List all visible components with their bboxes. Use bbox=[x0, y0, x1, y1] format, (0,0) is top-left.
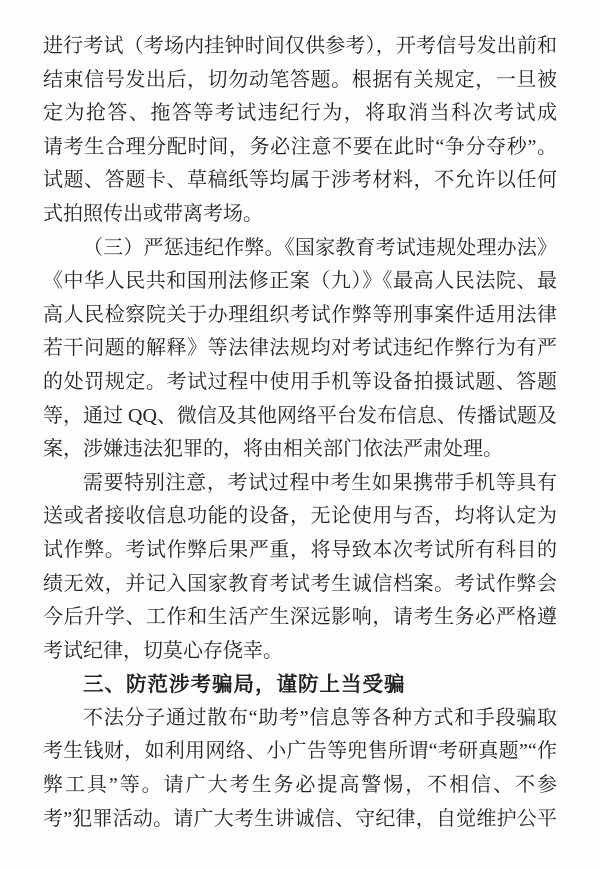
section-heading: 三、防范涉考骗局，谨防上当受骗 bbox=[43, 668, 557, 702]
text-line: 绩无效，并记入国家教育考试考生诚信档案。考试作弊会对 bbox=[43, 568, 557, 602]
text-line: 结束信号发出后，切勿动笔答题。根据有关规定，一旦被认 bbox=[43, 64, 557, 98]
text-line: 定为抢答、拖答等考试违纪行为，将取消当科次考试成绩， bbox=[43, 97, 557, 131]
text-line: 送或者接收信息功能的设备，无论使用与否，均将认定为考 bbox=[43, 500, 557, 534]
text-line: 考生钱财，如利用网络、小广告等兜售所谓“考研真题”“作 bbox=[43, 735, 557, 769]
text-line: 需要特别注意，考试过程中考生如果携带手机等具有发 bbox=[43, 467, 557, 501]
text-line: 进行考试（考场内挂钟时间仅供参考），开考信号发出前和 bbox=[43, 30, 557, 64]
text-line: 不法分子通过散布“助考”信息等各种方式和手段骗取 bbox=[43, 702, 557, 736]
document-body: 进行考试（考场内挂钟时间仅供参考），开考信号发出前和结束信号发出后，切勿动笔答题… bbox=[43, 30, 557, 836]
text-line: 高人民检察院关于办理组织考试作弊等刑事案件适用法律 bbox=[43, 299, 557, 333]
text-line: 今后升学、工作和生活产生深远影响，请考生务必严格遵守 bbox=[43, 601, 557, 635]
text-line: 《中华人民共和国刑法修正案（九）》《最高人民法院、最 bbox=[43, 265, 557, 299]
text-line: 等，通过 QQ、微信及其他网络平台发布信息、传播试题及答 bbox=[43, 400, 557, 434]
text-line: 式拍照传出或带离考场。 bbox=[43, 198, 557, 232]
text-line: （三）严惩违纪作弊。《国家教育考试违规处理办法》 bbox=[43, 232, 557, 266]
document-page: 进行考试（考场内挂钟时间仅供参考），开考信号发出前和结束信号发出后，切勿动笔答题… bbox=[0, 0, 600, 870]
text-line: 若干问题的解释》等法律法规均对考试违纪作弊行为有严厉 bbox=[43, 332, 557, 366]
text-line: 考试纪律，切莫心存侥幸。 bbox=[43, 635, 557, 669]
text-line: 的处罚规定。考试过程中使用手机等设备拍摄试题、答题卡 bbox=[43, 366, 557, 400]
text-line: 试作弊。考试作弊后果严重，将导致本次考试所有科目的成 bbox=[43, 534, 557, 568]
text-line: 案，涉嫌违法犯罪的，将由相关部门依法严肃处理。 bbox=[43, 433, 557, 467]
text-line: 试题、答题卡、草稿纸等均属于涉考材料，不允许以任何形 bbox=[43, 164, 557, 198]
text-line: 请考生合理分配时间，务必注意不要在此时“争分夺秒”。 bbox=[43, 131, 557, 165]
text-line: 考”犯罪活动。请广大考生讲诚信、守纪律，自觉维护公平 bbox=[43, 803, 557, 837]
text-line: 弊工具”等。请广大考生务必提高警惕，不相信、不参与“助 bbox=[43, 769, 557, 803]
